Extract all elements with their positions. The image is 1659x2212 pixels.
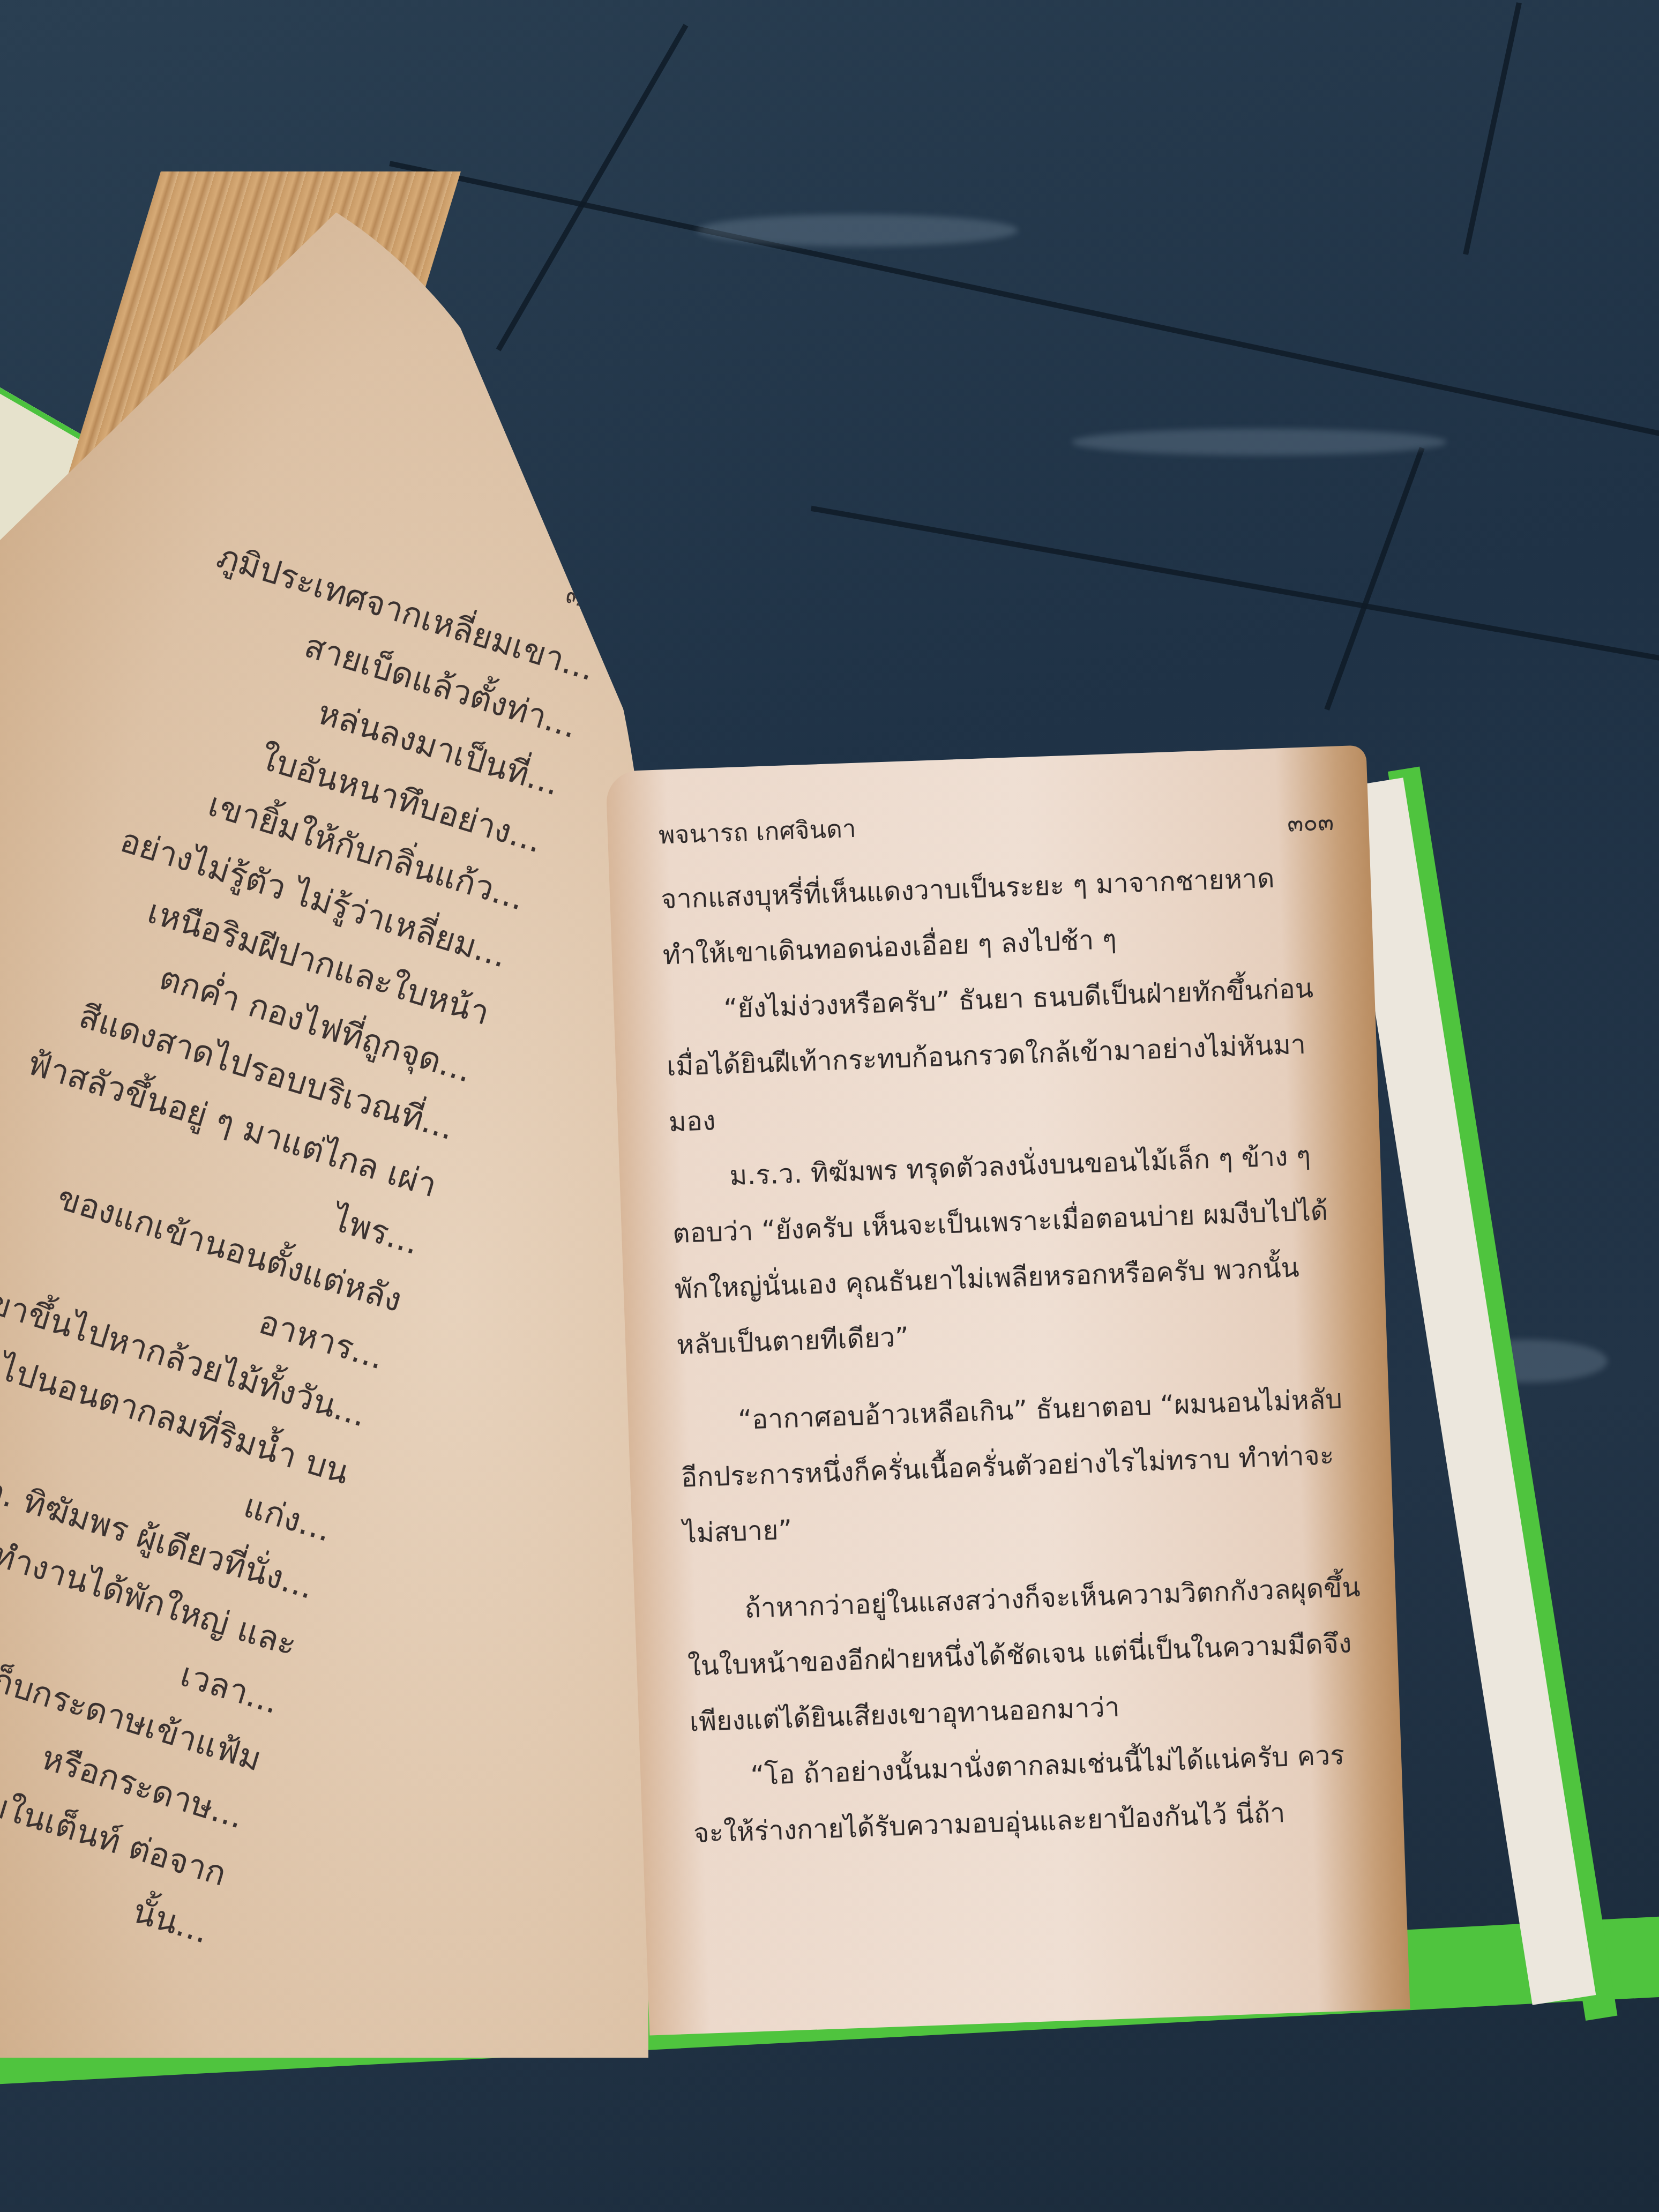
paragraph: ม.ร.ว. ทิฆัมพร ทรุดตัวลงนั่งบนขอนไม้เล็ก… <box>670 1126 1352 1373</box>
surface-glint <box>697 214 1018 246</box>
paragraph: “โอ ถ้าอย่างนั้นมานั่งตากลมเช่นนี้ไม่ได้… <box>691 1727 1369 1862</box>
tile-seam <box>1324 447 1424 711</box>
left-page[interactable]: ๓๐๒ ภูมิประเทศจากเหลี่ยมเขา... สายเบ็ดแล… <box>0 161 648 2058</box>
tile-seam <box>811 506 1659 678</box>
tile-seam <box>1463 2 1522 255</box>
paragraph: “ยังไม่ง่วงหรือครับ” ธันยา ธนบดีเป็นฝ่าย… <box>664 959 1344 1150</box>
right-page-number: ๓๐๓ <box>1286 784 1335 852</box>
running-header-title: พจนารถ เกศจินดา <box>657 801 857 874</box>
tile-seam <box>389 161 1659 445</box>
tile-seam <box>496 24 689 351</box>
paragraph: ถ้าหากว่าอยู่ในแสงสว่างก็จะเห็นความวิตกก… <box>685 1559 1365 1750</box>
right-page[interactable]: พจนารถ เกศจินดา ๓๐๓ จากแสงบุหรี่ที่เห็นแ… <box>606 745 1410 2035</box>
surface-glint <box>1072 429 1447 455</box>
paragraph: “อากาศอบอ้าวเหลือเกิน” ธันยาตอบ “ผมนอนไม… <box>678 1371 1359 1561</box>
right-page-text: พจนารถ เกศจินดา ๓๐๓ จากแสงบุหรี่ที่เห็นแ… <box>657 784 1369 1862</box>
left-page-text: ๓๐๒ ภูมิประเทศจากเหลี่ยมเขา... สายเบ็ดแล… <box>0 438 622 1961</box>
